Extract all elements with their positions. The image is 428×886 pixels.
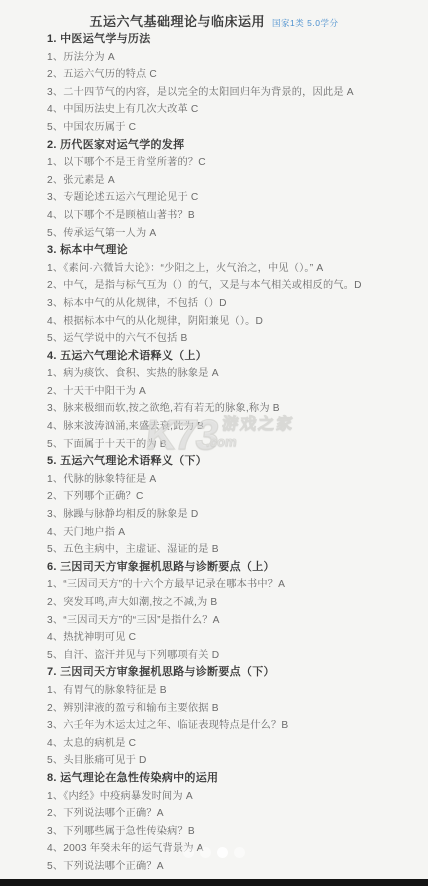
question-item: 3、脉来极细而软,按之欲绝,若有若无的脉象,称为 B [47,400,418,418]
question-item: 1、“三因司天方”的十六个方最早记录在哪本书中？A [47,576,418,594]
section-heading: 3. 标本中气理论 [47,242,418,260]
question-item: 5、五色主病中，主虚证、湿证的是 B [47,541,418,559]
question-item: 5、中国农历属于 C [47,119,418,137]
question-item: 1、病为痰饮、食积、实热的脉象是 A [47,365,418,383]
question-item: 2、张元素是 A [47,172,418,190]
dot [183,847,194,858]
question-item: 3、二十四节气的内容，是以完全的太阳回归年为背景的，因此是 A [47,84,418,102]
bottom-edge-bar [0,879,428,886]
question-item: 2、中气，是指与标气互为（）的气，又是与本气相关或相反的气。D [47,277,418,295]
question-item: 3、下列哪些属于急性传染病？B [47,823,418,841]
question-item: 4、天门地户指 A [47,524,418,542]
section-heading: 7. 三因司天方审象握机思路与诊断要点（下） [47,664,418,682]
question-item: 4、中国历法史上有几次大改革 C [47,101,418,119]
question-item: 5、头目胀痛可见于 D [47,752,418,770]
question-item: 1、《素问·六微旨大论》：“少阳之上，火气治之，中见（）。” A [47,260,418,278]
question-item: 3、“三因司天方”的“三因”是指什么？A [47,612,418,630]
question-item: 2、下列说法哪个正确？A [47,805,418,823]
question-item: 2、突发耳鸣,声大如潮,按之不减,为 B [47,594,418,612]
question-item: 3、六壬年为木运太过之年、临证表现特点是什么？B [47,717,418,735]
dot [217,847,228,858]
question-item: 4、根据标本中气的从化规律，阴阳兼见（）。D [47,313,418,331]
question-item: 3、专题论述五运六气理论见于 C [47,189,418,207]
question-item: 1、代脉的脉象特征是 A [47,471,418,489]
dot [234,847,245,858]
section-heading: 2. 历代医家对运气学的发挥 [47,137,418,155]
question-item: 4、以下哪个不是顾植山著书？B [47,207,418,225]
question-item: 2、下列哪个正确？C [47,488,418,506]
dot [200,847,211,858]
page-title: 五运六气基础理论与临床运用 [90,14,266,29]
question-item: 5、传承运气第一人为 A [47,225,418,243]
question-item: 4、太息的病机是 C [47,735,418,753]
question-item: 2、五运六气历的特点 C [47,66,418,84]
watermark-dots [183,847,245,858]
question-item: 1、有胃气的脉象特征是 B [47,682,418,700]
question-item: 3、标本中气的从化规律，不包括（）D [47,295,418,313]
question-item: 2、辨别津液的盈亏和输布主要依据 B [47,700,418,718]
question-list: 1. 中医运气学与历法1、历法分为 A2、五运六气历的特点 C3、二十四节气的内… [47,31,418,876]
question-item: 2、十天干中阳干为 A [47,383,418,401]
question-item: 5、运气学说中的六气不包括 B [47,330,418,348]
credit-tag-link[interactable]: 国家1类 5.0学分 [272,18,338,28]
question-item: 5、下列说法哪个正确？A [47,858,418,876]
question-item: 3、脉躁与脉静均相反的脉象是 D [47,506,418,524]
section-heading: 4. 五运六气理论术语释义（上） [47,348,418,366]
question-item: 5、自汗、盗汗并见与下列哪项有关 D [47,647,418,665]
section-heading: 5. 五运六气理论术语释义（下） [47,453,418,471]
question-item: 5、下面属于十天干的为 B [47,436,418,454]
question-item: 1、以下哪个不是王肯堂所著的？C [47,154,418,172]
question-item: 4、热扰神明可见 C [47,629,418,647]
section-heading: 6. 三因司天方审象握机思路与诊断要点（上） [47,559,418,577]
question-item: 4、脉来波涛汹涌,来盛去衰,此为 B [47,418,418,436]
question-item: 1、《内经》中疫病暴发时间为 A [47,788,418,806]
section-heading: 8. 运气理论在急性传染病中的运用 [47,770,418,788]
page-header: 五运六气基础理论与临床运用国家1类 5.0学分 [0,11,428,31]
section-heading: 1. 中医运气学与历法 [47,31,418,49]
question-item: 1、历法分为 A [47,49,418,67]
